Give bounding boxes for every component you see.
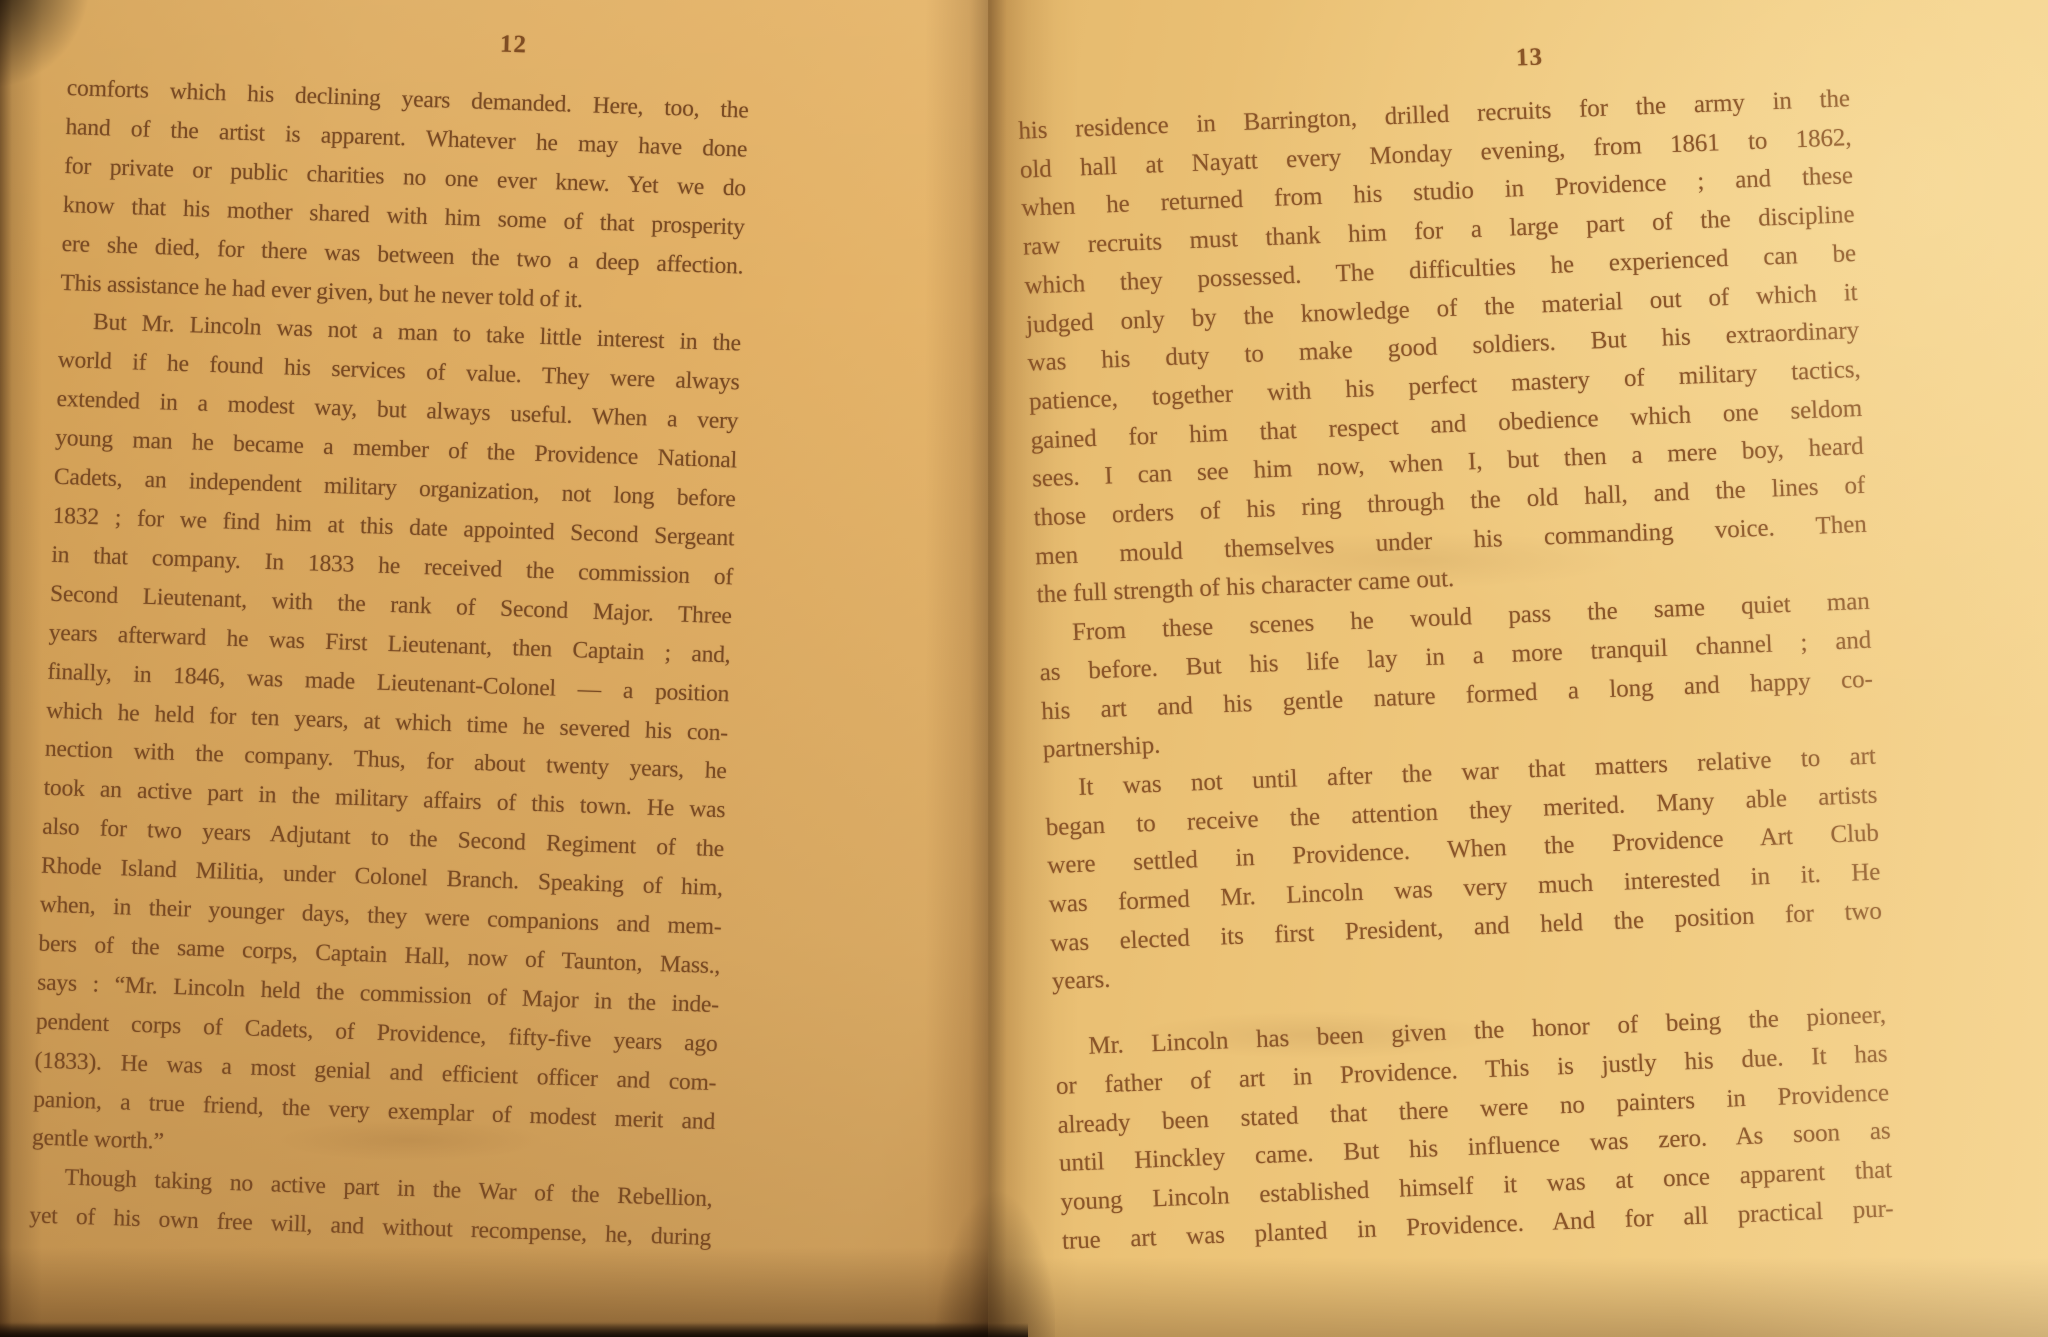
page-number-right: 13 <box>1516 44 1544 73</box>
paragraph: his residence in Barrington, drilled rec… <box>1018 80 1869 615</box>
paragraph: It was not until after the war that matt… <box>1044 738 1884 1003</box>
page-number-left: 12 <box>500 31 528 60</box>
book-photo: 12 13 comforts which his declining years… <box>0 0 2048 1337</box>
paragraph: comforts which his declining years deman… <box>60 69 749 325</box>
text-block-left: comforts which his declining years deman… <box>29 69 749 1258</box>
text-block-right: his residence in Barrington, drilled rec… <box>1018 80 1894 1261</box>
paragraph: Mr. Lincoln has been given the honor of … <box>1054 997 1894 1262</box>
paragraph: But Mr. Lincoln was not a man to take li… <box>31 302 741 1180</box>
